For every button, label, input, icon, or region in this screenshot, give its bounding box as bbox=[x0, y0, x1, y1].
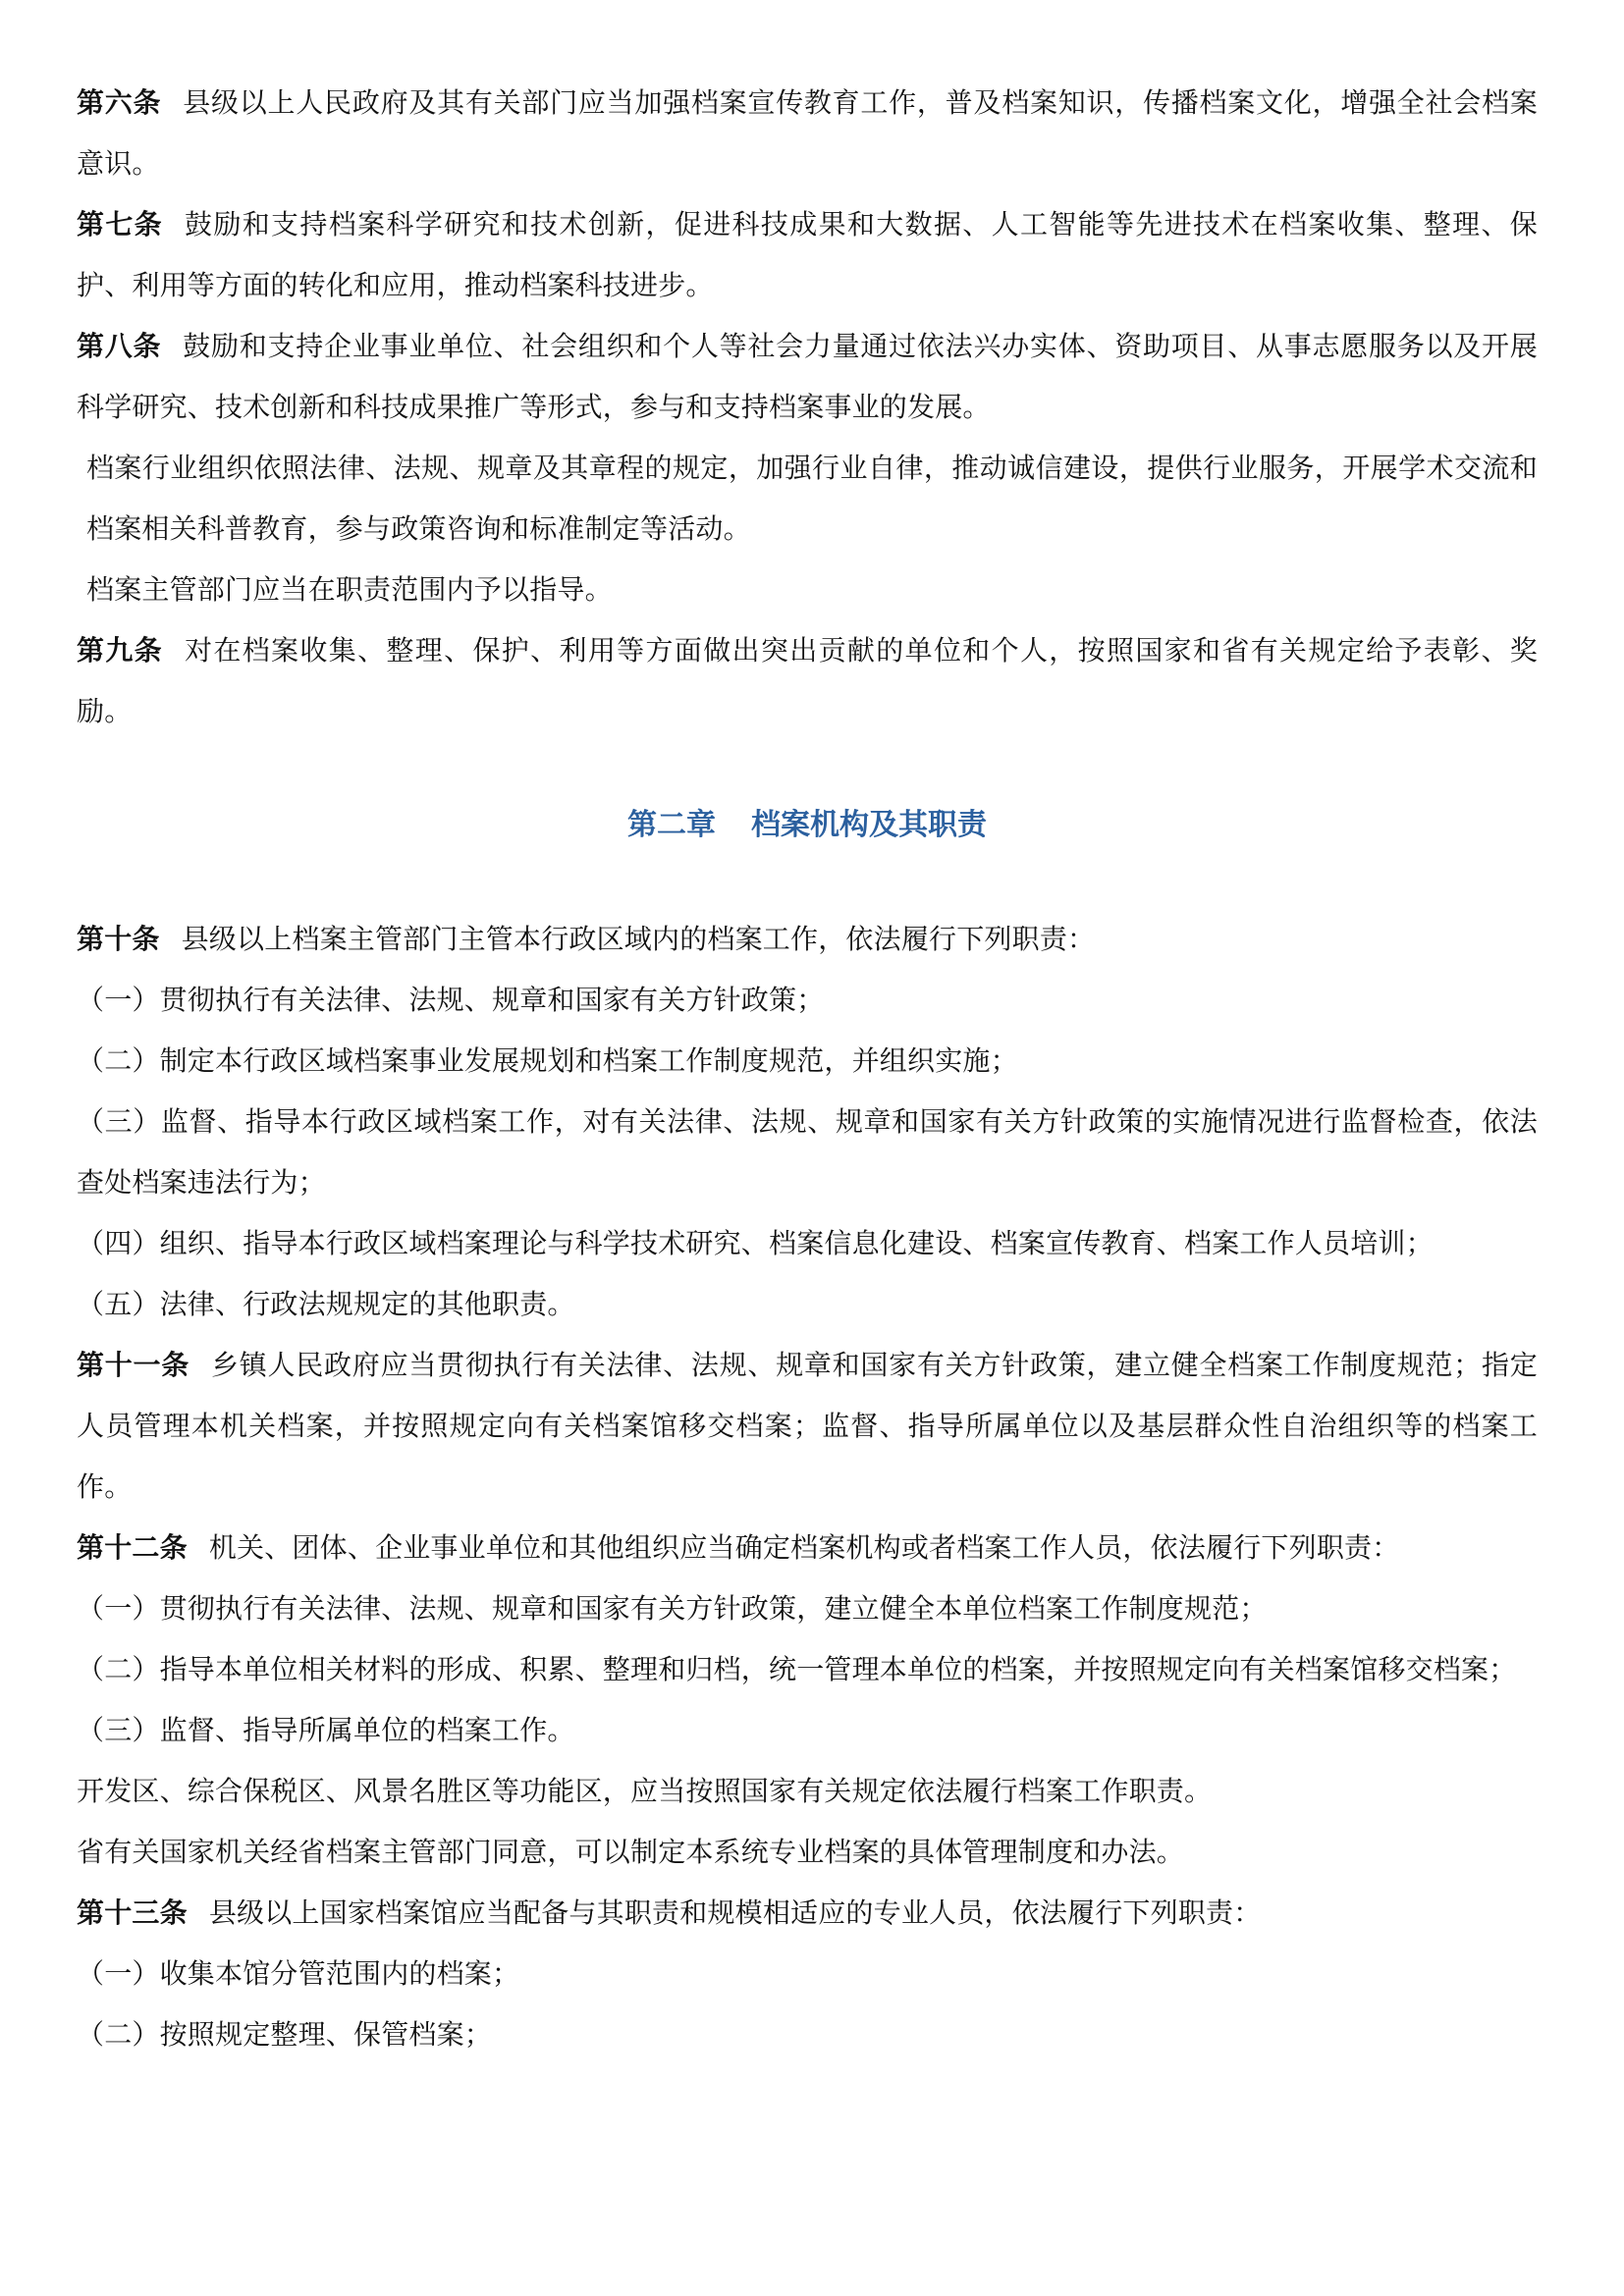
paragraph: 开发区、综合保税区、风景名胜区等功能区，应当按照国家有关规定依法履行档案工作职责… bbox=[77, 1761, 1538, 1822]
article-10: 第十条县级以上档案主管部门主管本行政区域内的档案工作，依法履行下列职责： bbox=[77, 909, 1538, 970]
chapter-heading: 第二章档案机构及其职责 bbox=[77, 795, 1538, 856]
article-number: 第十一条 bbox=[77, 1349, 189, 1381]
list-item: （二）按照规定整理、保管档案； bbox=[77, 2004, 1538, 2065]
document-page: 第六条县级以上人民政府及其有关部门应当加强档案宣传教育工作，普及档案知识，传播档… bbox=[77, 73, 1538, 2065]
paragraph: 省有关国家机关经省档案主管部门同意，可以制定本系统专业档案的具体管理制度和办法。 bbox=[77, 1822, 1538, 1883]
article-text: 对在档案收集、整理、保护、利用等方面做出突出贡献的单位和个人，按照国家和省有关规… bbox=[77, 634, 1538, 727]
article-number: 第九条 bbox=[77, 634, 163, 667]
paragraph-text: 档案行业组织依照法律、法规、规章及其章程的规定，加强行业自律，推动诚信建设，提供… bbox=[86, 452, 1538, 545]
list-item: （一）贯彻执行有关法律、法规、规章和国家有关方针政策； bbox=[77, 970, 1538, 1031]
list-item-text: （五）法律、行政法规规定的其他职责。 bbox=[77, 1288, 575, 1320]
article-number: 第六条 bbox=[77, 86, 161, 119]
article-text: 县级以上档案主管部门主管本行政区域内的档案工作，依法履行下列职责： bbox=[182, 923, 1096, 955]
article-7: 第七条鼓励和支持档案科学研究和技术创新，促进科技成果和大数据、人工智能等先进技术… bbox=[77, 194, 1538, 316]
list-item-text: （二）指导本单位相关材料的形成、积累、整理和归档，统一管理本单位的档案，并按照规… bbox=[77, 1653, 1516, 1685]
list-item: （三）监督、指导本行政区域档案工作，对有关法律、法规、规章和国家有关方针政策的实… bbox=[77, 1092, 1538, 1213]
article-number: 第十三条 bbox=[77, 1896, 188, 1929]
paragraph: 档案主管部门应当在职责范围内予以指导。 bbox=[77, 560, 1538, 620]
list-item-text: （二）按照规定整理、保管档案； bbox=[77, 2018, 492, 2051]
list-item-text: （一）贯彻执行有关法律、法规、规章和国家有关方针政策； bbox=[77, 984, 824, 1016]
paragraph-text: 档案主管部门应当在职责范围内予以指导。 bbox=[86, 573, 613, 606]
chapter-number: 第二章 bbox=[627, 808, 716, 842]
article-9: 第九条对在档案收集、整理、保护、利用等方面做出突出贡献的单位和个人，按照国家和省… bbox=[77, 620, 1538, 742]
list-item: （一）收集本馆分管范围内的档案； bbox=[77, 1944, 1538, 2004]
article-text: 鼓励和支持企业事业单位、社会组织和个人等社会力量通过依法兴办实体、资助项目、从事… bbox=[77, 330, 1538, 423]
list-item: （二）制定本行政区域档案事业发展规划和档案工作制度规范，并组织实施； bbox=[77, 1031, 1538, 1092]
article-13: 第十三条县级以上国家档案馆应当配备与其职责和规模相适应的专业人员，依法履行下列职… bbox=[77, 1883, 1538, 1944]
article-8: 第八条鼓励和支持企业事业单位、社会组织和个人等社会力量通过依法兴办实体、资助项目… bbox=[77, 316, 1538, 438]
list-item: （五）法律、行政法规规定的其他职责。 bbox=[77, 1274, 1538, 1335]
paragraph-text: 开发区、综合保税区、风景名胜区等功能区，应当按照国家有关规定依法履行档案工作职责… bbox=[77, 1775, 1212, 1807]
list-item-text: （二）制定本行政区域档案事业发展规划和档案工作制度规范，并组织实施； bbox=[77, 1044, 1018, 1077]
article-number: 第七条 bbox=[77, 208, 163, 240]
article-text: 乡镇人民政府应当贯彻执行有关法律、法规、规章和国家有关方针政策，建立健全档案工作… bbox=[77, 1349, 1538, 1503]
paragraph: 档案行业组织依照法律、法规、规章及其章程的规定，加强行业自律，推动诚信建设，提供… bbox=[77, 438, 1538, 560]
article-text: 县级以上国家档案馆应当配备与其职责和规模相适应的专业人员，依法履行下列职责： bbox=[209, 1896, 1262, 1929]
article-number: 第十条 bbox=[77, 923, 160, 955]
paragraph-text: 省有关国家机关经省档案主管部门同意，可以制定本系统专业档案的具体管理制度和办法。 bbox=[77, 1836, 1184, 1868]
list-item: （四）组织、指导本行政区域档案理论与科学技术研究、档案信息化建设、档案宣传教育、… bbox=[77, 1213, 1538, 1274]
list-item: （一）贯彻执行有关法律、法规、规章和国家有关方针政策，建立健全本单位档案工作制度… bbox=[77, 1578, 1538, 1639]
list-item: （二）指导本单位相关材料的形成、积累、整理和归档，统一管理本单位的档案，并按照规… bbox=[77, 1639, 1538, 1700]
chapter-title: 档案机构及其职责 bbox=[751, 808, 987, 842]
list-item-text: （三）监督、指导本行政区域档案工作，对有关法律、法规、规章和国家有关方针政策的实… bbox=[77, 1105, 1538, 1199]
article-text: 鼓励和支持档案科学研究和技术创新，促进科技成果和大数据、人工智能等先进技术在档案… bbox=[77, 208, 1538, 301]
list-item-text: （一）收集本馆分管范围内的档案； bbox=[77, 1957, 519, 1990]
article-6: 第六条县级以上人民政府及其有关部门应当加强档案宣传教育工作，普及档案知识，传播档… bbox=[77, 73, 1538, 194]
article-text: 机关、团体、企业事业单位和其他组织应当确定档案机构或者档案工作人员，依法履行下列… bbox=[209, 1531, 1400, 1564]
list-item-text: （一）贯彻执行有关法律、法规、规章和国家有关方针政策，建立健全本单位档案工作制度… bbox=[77, 1592, 1268, 1625]
list-item-text: （三）监督、指导所属单位的档案工作。 bbox=[77, 1714, 575, 1746]
list-item: （三）监督、指导所属单位的档案工作。 bbox=[77, 1700, 1538, 1761]
article-12: 第十二条机关、团体、企业事业单位和其他组织应当确定档案机构或者档案工作人员，依法… bbox=[77, 1518, 1538, 1578]
article-text: 县级以上人民政府及其有关部门应当加强档案宣传教育工作，普及档案知识，传播档案文化… bbox=[77, 86, 1538, 180]
article-11: 第十一条乡镇人民政府应当贯彻执行有关法律、法规、规章和国家有关方针政策，建立健全… bbox=[77, 1335, 1538, 1518]
list-item-text: （四）组织、指导本行政区域档案理论与科学技术研究、档案信息化建设、档案宣传教育、… bbox=[77, 1227, 1434, 1259]
article-number: 第八条 bbox=[77, 330, 161, 362]
article-number: 第十二条 bbox=[77, 1531, 188, 1564]
